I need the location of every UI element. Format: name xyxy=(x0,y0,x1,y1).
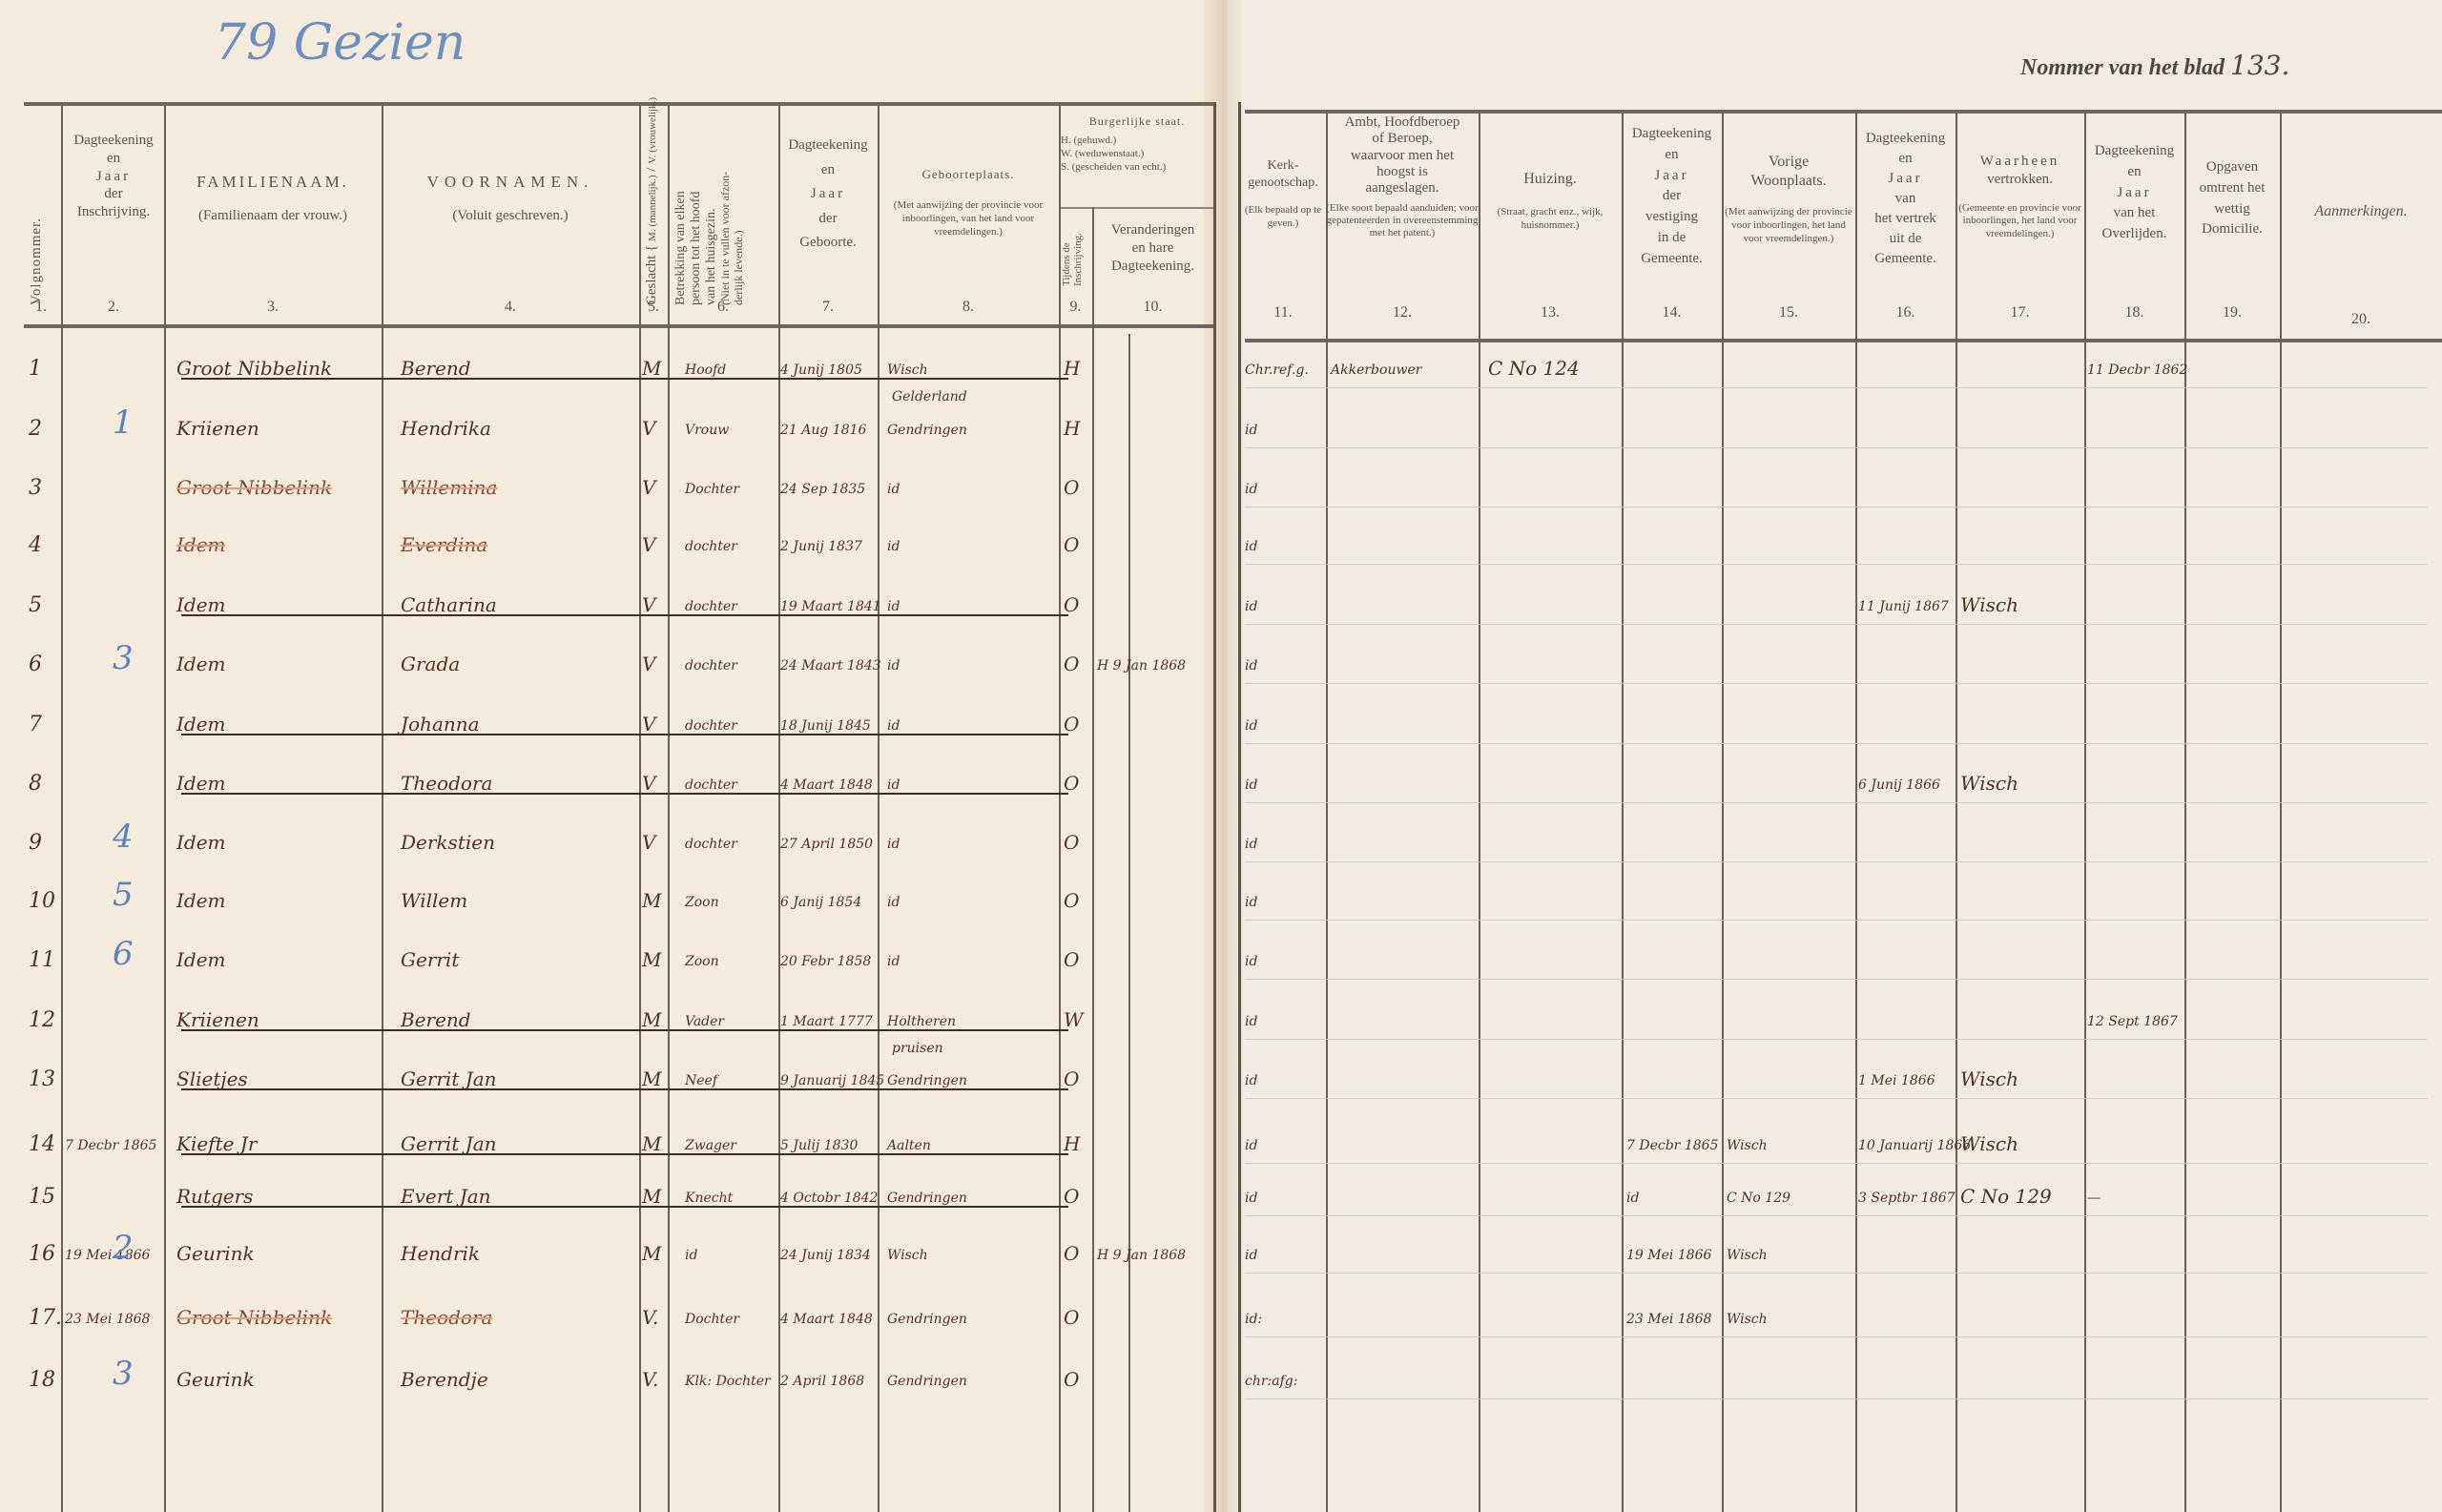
ruled-line xyxy=(1245,387,2428,388)
cell-voornamen: Berend xyxy=(401,357,471,380)
cell-geboorteplaats: Gendringen xyxy=(887,1191,967,1206)
cell-waarheen: C No 129 xyxy=(1960,1185,2052,1208)
cell-vestiging: id xyxy=(1626,1191,1639,1206)
cell-geslacht: M xyxy=(642,1067,661,1090)
cell-geboorte: 9 Januarij 1845 xyxy=(780,1073,884,1088)
cell-geboorte: 4 Junij 1805 xyxy=(780,362,862,378)
strike-through-line xyxy=(181,1153,1068,1155)
cell-geslacht: M xyxy=(642,1185,661,1208)
cell-voornamen: Grada xyxy=(401,652,460,675)
cell-kerk: id xyxy=(1245,954,1257,969)
cell-voornamen: Gerrit Jan xyxy=(401,1132,497,1155)
top-note: 79 Gezien xyxy=(215,14,466,72)
cell-betrekking: Zoon xyxy=(685,895,719,910)
ruled-line xyxy=(1245,564,2428,565)
cell-geboorteplaats: Holtheren xyxy=(887,1014,956,1029)
col-divider xyxy=(1128,334,1130,1512)
cell-voornamen: Evert Jan xyxy=(401,1185,491,1208)
cell-geboorteplaats: id xyxy=(887,837,900,852)
cell-geboorteplaats: id xyxy=(887,777,900,793)
cell-vertrek: 10 Januarij 1866 xyxy=(1858,1138,1971,1153)
cell-geslacht: V xyxy=(642,593,655,616)
cell-kerk: id xyxy=(1245,1014,1257,1029)
cell-no: 6 xyxy=(29,652,42,676)
cell-staat: H xyxy=(1064,1132,1080,1155)
cell-no: 16 xyxy=(29,1242,55,1266)
cell-geslacht: M xyxy=(642,357,661,380)
cell-staat: O xyxy=(1064,889,1079,912)
strike-through-line xyxy=(181,1088,1068,1090)
cell-verand: H 9 Jan 1868 xyxy=(1097,658,1186,673)
cell-betrekking: id xyxy=(685,1248,697,1263)
col19-header: Opgavenomtrent hetwettigDomicilie. xyxy=(2184,157,2280,240)
cell-kerk: id xyxy=(1245,718,1257,734)
col-num-12: 12. xyxy=(1326,303,1479,322)
cell-familienaam: Slietjes xyxy=(176,1067,248,1090)
cell-geboorte: 4 Maart 1848 xyxy=(780,777,873,793)
cell-kerk: id xyxy=(1245,482,1257,497)
col18-header: DagteekeningenJaarvan hetOverlijden. xyxy=(2084,141,2184,245)
cell-geboorte: 24 Junij 1834 xyxy=(780,1248,871,1263)
sheet-number-label: Nommer van het blad 133. xyxy=(2020,50,2289,81)
cell-kerk: id xyxy=(1245,1138,1257,1153)
cell-voornamen: Berendje xyxy=(401,1368,488,1391)
cell-geboorteplaats: id xyxy=(887,954,900,969)
cell-geboorteplaats: id xyxy=(887,599,900,614)
strike-through-line xyxy=(181,614,1068,616)
cell-vorige: Wisch xyxy=(1727,1312,1768,1327)
blue-pencil-number: 3 xyxy=(113,1355,134,1393)
cell-geslacht: M xyxy=(642,1008,661,1031)
cell-no: 7 xyxy=(29,713,42,736)
cell-geslacht: V. xyxy=(642,1368,658,1391)
cell-geslacht: M xyxy=(642,1242,661,1265)
cell-familienaam: Geurink xyxy=(176,1368,255,1391)
cell-geboorte: 4 Maart 1848 xyxy=(780,1312,873,1327)
cell-geboorte: 21 Aug 1816 xyxy=(780,423,866,438)
cell-geboorte: 2 Junij 1837 xyxy=(780,539,862,554)
cell-staat: H xyxy=(1064,357,1080,380)
cell-betrekking: Knecht xyxy=(685,1191,733,1206)
cell-geslacht: V xyxy=(642,533,655,556)
cell-vestiging: 7 Decbr 1865 xyxy=(1626,1138,1718,1153)
cell-waarheen: Wisch xyxy=(1960,772,2018,795)
cell-voornamen: Hendrika xyxy=(401,417,491,440)
cell-inschr: 23 Mei 1868 xyxy=(65,1312,150,1327)
cell-kerk: Chr.ref.g. xyxy=(1245,362,1309,378)
cell-overlijden: 11 Decbr 1862 xyxy=(2087,362,2187,378)
cell-no: 1 xyxy=(29,357,42,381)
cell-geboorteplaats: Gendringen xyxy=(887,1312,967,1327)
cell-familienaam: Idem xyxy=(176,831,226,854)
cell-staat: H xyxy=(1064,417,1080,440)
cell-geboorte: 19 Maart 1841 xyxy=(780,599,881,614)
col13-header: Huizing. (Straat, gracht enz., wijk, hui… xyxy=(1479,170,1622,233)
col14-header: DagteekeningenJaardervestigingin deGemee… xyxy=(1622,124,1722,269)
cell-voornamen: Berend xyxy=(401,1008,471,1031)
cell-geslacht: V xyxy=(642,652,655,675)
cell-staat: O xyxy=(1064,1067,1079,1090)
cell-staat: O xyxy=(1064,831,1079,854)
cell-betrekking: dochter xyxy=(685,837,737,852)
col-num-19: 19. xyxy=(2184,303,2280,322)
ruled-line xyxy=(1245,1273,2428,1274)
ruled-line xyxy=(1245,683,2428,684)
cell-betrekking: Dochter xyxy=(685,482,739,497)
cell-familienaam: Idem xyxy=(176,652,226,675)
cell-betrekking: Zwager xyxy=(685,1138,736,1153)
col20-header: Aanmerkingen. xyxy=(2280,202,2442,221)
cell-betrekking: dochter xyxy=(685,718,737,734)
ruled-line xyxy=(1245,920,2428,921)
col5-header: Geslacht { M. (mannelijk.) / V. (vrouwel… xyxy=(644,97,660,305)
cell-geboorte: 20 Febr 1858 xyxy=(780,954,871,969)
cell-no: 4 xyxy=(29,533,42,557)
strike-through-line xyxy=(181,734,1068,735)
cell-geboorteplaats-line2: pruisen xyxy=(892,1041,943,1056)
cell-verand: H 9 Jan 1868 xyxy=(1097,1248,1186,1263)
cell-no: 14 xyxy=(29,1132,55,1156)
blue-pencil-number: 6 xyxy=(113,935,134,973)
col12-header: Ambt, Hoofdberoepof Beroep,waarvoor men … xyxy=(1326,114,1479,238)
header-bottom-rule-right xyxy=(1245,339,2442,342)
cell-overlijden: — xyxy=(2087,1191,2101,1206)
col-num-16: 16. xyxy=(1855,303,1956,322)
cell-staat: O xyxy=(1064,1242,1079,1265)
cell-betrekking: Vrouw xyxy=(685,423,729,438)
cell-betrekking: Dochter xyxy=(685,1312,739,1327)
cell-geboorteplaats: Aalten xyxy=(887,1138,931,1153)
col-num-13: 13. xyxy=(1479,303,1622,322)
cell-no: 17. xyxy=(29,1306,62,1330)
col1-header: Volgnommer. xyxy=(29,217,45,305)
cell-betrekking: dochter xyxy=(685,658,737,673)
cell-familienaam: Groot Nibbelink xyxy=(176,357,332,380)
cell-familienaam: Idem xyxy=(176,889,226,912)
cell-staat: O xyxy=(1064,772,1079,795)
cell-staat: O xyxy=(1064,1185,1079,1208)
ruled-line xyxy=(1245,447,2428,448)
cell-familienaam: Kriienen xyxy=(176,1008,259,1031)
cell-kerk: chr:afg: xyxy=(1245,1374,1297,1389)
cell-voornamen: Johanna xyxy=(401,713,480,735)
cell-betrekking: Zoon xyxy=(685,954,719,969)
strike-through-line xyxy=(181,1206,1068,1208)
cell-familienaam: Geurink xyxy=(176,1242,255,1265)
burgerlijke-staat-header: Burgerlijke staat. H. (gehuwd.) W. (wedu… xyxy=(1061,114,1213,174)
cell-kerk: id xyxy=(1245,599,1257,614)
cell-voornamen: Theodora xyxy=(401,772,492,795)
cell-waarheen: Wisch xyxy=(1960,593,2018,616)
col-num-9: 9. xyxy=(1059,298,1092,317)
cell-familienaam: Idem xyxy=(176,533,226,556)
burgerlijke-staat-divider xyxy=(1059,207,1216,209)
col-num-10: 10. xyxy=(1092,298,1213,317)
cell-geboorte: 2 April 1868 xyxy=(780,1374,864,1389)
col-num-2: 2. xyxy=(63,298,164,317)
blue-pencil-number: 5 xyxy=(113,876,134,914)
cell-staat: O xyxy=(1064,1306,1079,1329)
col10-header: Veranderingenen hareDagteekening. xyxy=(1092,221,1213,275)
cell-familienaam: Groot Nibbelink xyxy=(176,1306,332,1329)
col-num-4: 4. xyxy=(382,298,639,317)
blue-pencil-number: 4 xyxy=(113,818,134,856)
cell-geboorte: 24 Maart 1843 xyxy=(780,658,881,673)
page-edge-left xyxy=(1213,102,1216,1512)
cell-voornamen: Willemina xyxy=(401,476,497,499)
ruled-line xyxy=(1245,802,2428,803)
col3-header: FAMILIENAAM. (Familienaam der vrouw.) xyxy=(164,172,382,225)
cell-no: 12 xyxy=(29,1008,55,1032)
cell-geslacht: M xyxy=(642,889,661,912)
cell-no: 2 xyxy=(29,417,42,441)
col-num-3: 3. xyxy=(164,298,382,317)
header-top-rule-right xyxy=(1245,110,2442,114)
cell-geboorte: 24 Sep 1835 xyxy=(780,482,865,497)
cell-betrekking: Klk: Dochter xyxy=(685,1374,771,1389)
ruled-line xyxy=(1245,1398,2428,1399)
col-num-8: 8. xyxy=(878,298,1059,317)
cell-voornamen: Everdina xyxy=(401,533,487,556)
cell-familienaam: Rutgers xyxy=(176,1185,253,1208)
cell-kerk: id xyxy=(1245,837,1257,852)
cell-inschr: 19 Mei 1866 xyxy=(65,1248,150,1263)
col-num-5: 5. xyxy=(639,298,668,317)
cell-no: 5 xyxy=(29,593,42,617)
ruled-line xyxy=(1245,1215,2428,1216)
col7-header: DagteekeningenJaarderGeboorte. xyxy=(778,134,878,256)
cell-voornamen: Derkstien xyxy=(401,831,495,854)
cell-betrekking: Neef xyxy=(685,1073,717,1088)
cell-geboorteplaats: Gendringen xyxy=(887,1374,967,1389)
cell-no: 3 xyxy=(29,476,42,500)
cell-geboorte: 5 Julij 1830 xyxy=(780,1138,858,1153)
cell-staat: O xyxy=(1064,593,1079,616)
ruled-line xyxy=(1245,624,2428,625)
cell-geslacht: M xyxy=(642,1132,661,1155)
cell-waarheen: Wisch xyxy=(1960,1067,2018,1090)
cell-staat: O xyxy=(1064,1368,1079,1391)
cell-voornamen: Willem xyxy=(401,889,467,912)
cell-geboorte: 27 April 1850 xyxy=(780,837,873,852)
col17-header: Waarheenvertrokken. (Gemeente en provinc… xyxy=(1956,153,2084,241)
strike-through-line xyxy=(181,378,1068,380)
cell-geslacht: V xyxy=(642,713,655,735)
cell-geboorteplaats: Gendringen xyxy=(887,1073,967,1088)
cell-voornamen: Hendrik xyxy=(401,1242,480,1265)
cell-no: 9 xyxy=(29,831,42,855)
cell-betrekking: Vader xyxy=(685,1014,724,1029)
cell-no: 15 xyxy=(29,1185,55,1209)
ruled-line xyxy=(1245,1163,2428,1164)
cell-geboorte: 6 Janij 1854 xyxy=(780,895,861,910)
cell-geboorte: 4 Octobr 1842 xyxy=(780,1191,878,1206)
col4-header: VOORNAMEN. (Voluit geschreven.) xyxy=(382,172,639,225)
cell-kerk: id xyxy=(1245,777,1257,793)
cell-kerk: id xyxy=(1245,658,1257,673)
ruled-line xyxy=(1245,507,2428,507)
cell-kerk: id: xyxy=(1245,1312,1262,1327)
cell-familienaam: Kriienen xyxy=(176,417,259,440)
cell-geboorteplaats: Wisch xyxy=(887,1248,928,1263)
cell-geboorteplaats: id xyxy=(887,895,900,910)
cell-geboorteplaats: id xyxy=(887,539,900,554)
col8-header: Geboorteplaats. (Met aanwijzing der prov… xyxy=(878,167,1059,239)
cell-geboorteplaats: id xyxy=(887,658,900,673)
cell-vorige: C No 129 xyxy=(1727,1191,1790,1206)
cell-staat: W xyxy=(1064,1008,1084,1031)
sheet-label-text: Nommer van het blad xyxy=(2020,55,2225,80)
cell-vorige: Wisch xyxy=(1727,1248,1768,1263)
cell-kerk: id xyxy=(1245,423,1257,438)
cell-geboorteplaats: Wisch xyxy=(887,362,928,378)
cell-vertrek: 3 Septbr 1867 xyxy=(1858,1191,1956,1206)
cell-voornamen: Theodora xyxy=(401,1306,492,1329)
cell-vestiging: 19 Mei 1866 xyxy=(1626,1248,1711,1263)
col16-header: DagteekeningenJaarvanhet vertrekuit deGe… xyxy=(1855,129,1956,269)
blue-pencil-number: 1 xyxy=(113,404,134,442)
cell-geslacht: V. xyxy=(642,1306,658,1329)
cell-vestiging: 23 Mei 1868 xyxy=(1626,1312,1711,1327)
cell-voornamen: Gerrit xyxy=(401,948,459,971)
header-top-rule-left xyxy=(24,102,1216,106)
sheet-number-value: 133. xyxy=(2230,50,2289,81)
col-num-15: 15. xyxy=(1722,303,1855,322)
col-num-1: 1. xyxy=(27,298,55,317)
col-num-7: 7. xyxy=(778,298,878,317)
cell-geslacht: V xyxy=(642,476,655,499)
ruled-line xyxy=(1245,1098,2428,1099)
cell-geboorteplaats: Gendringen xyxy=(887,423,967,438)
cell-no: 18 xyxy=(29,1368,55,1392)
cell-waarheen: Wisch xyxy=(1960,1132,2018,1155)
col-num-20: 20. xyxy=(2280,310,2442,329)
cell-betrekking: dochter xyxy=(685,777,737,793)
col-divider xyxy=(1092,207,1094,1512)
cell-geboorteplaats: id xyxy=(887,482,900,497)
col-num-6: 6. xyxy=(668,298,778,317)
col15-header: VorigeWoonplaats. (Met aanwijzing der pr… xyxy=(1722,153,1855,245)
col-num-18: 18. xyxy=(2084,303,2184,322)
blue-pencil-number: 2 xyxy=(113,1229,134,1267)
cell-betrekking: dochter xyxy=(685,539,737,554)
cell-beroep: Akkerbouwer xyxy=(1331,362,1421,378)
ruled-line xyxy=(1245,861,2428,862)
cell-geslacht: V xyxy=(642,417,655,440)
cell-familienaam: Groot Nibbelink xyxy=(176,476,332,499)
cell-kerk: id xyxy=(1245,895,1257,910)
cell-overlijden: 12 Sept 1867 xyxy=(2087,1014,2178,1029)
cell-familienaam: Idem xyxy=(176,713,226,735)
cell-vorige: Wisch xyxy=(1727,1138,1768,1153)
ruled-line xyxy=(1245,1336,2428,1337)
cell-no: 13 xyxy=(29,1067,55,1091)
cell-kerk: id xyxy=(1245,539,1257,554)
cell-kerk: id xyxy=(1245,1248,1257,1263)
cell-no: 10 xyxy=(29,889,55,913)
cell-familienaam: Kiefte Jr xyxy=(176,1132,257,1155)
cell-staat: O xyxy=(1064,713,1079,735)
cell-geboorteplaats-line2: Gelderland xyxy=(892,389,967,404)
header-bottom-rule-left xyxy=(24,324,1216,328)
cell-betrekking: Hoofd xyxy=(685,362,726,378)
cell-geslacht: V xyxy=(642,831,655,854)
cell-voornamen: Catharina xyxy=(401,593,497,616)
col9-header: Tijdens deInschrijving. xyxy=(1061,233,1084,286)
col6-header: Betrekking van elkenpersoon tot het hoof… xyxy=(673,172,746,305)
cell-vertrek: 11 Junij 1867 xyxy=(1858,599,1949,614)
cell-voornamen: Gerrit Jan xyxy=(401,1067,497,1090)
cell-staat: O xyxy=(1064,533,1079,556)
col11-header: Kerk-genootschap. (Elk bepaald op te gev… xyxy=(1240,157,1326,231)
strike-through-line xyxy=(181,1029,1068,1031)
cell-inschr: 7 Decbr 1865 xyxy=(65,1138,156,1153)
cell-betrekking: dochter xyxy=(685,599,737,614)
cell-geslacht: V xyxy=(642,772,655,795)
cell-no: 8 xyxy=(29,772,42,796)
cell-kerk: id xyxy=(1245,1073,1257,1088)
cell-familienaam: Idem xyxy=(176,948,226,971)
cell-huizing: C No 124 xyxy=(1488,357,1580,380)
cell-geboorte: 1 Maart 1777 xyxy=(780,1014,873,1029)
cell-vertrek: 1 Mei 1866 xyxy=(1858,1073,1935,1088)
strike-through-line xyxy=(181,793,1068,795)
cell-vertrek: 6 Junij 1866 xyxy=(1858,777,1940,793)
cell-staat: O xyxy=(1064,476,1079,499)
ruled-line xyxy=(1245,1039,2428,1040)
col2-header: DagteekeningenJaarderInschrijving. xyxy=(63,132,164,221)
cell-geboorteplaats: id xyxy=(887,718,900,734)
cell-staat: O xyxy=(1064,948,1079,971)
blue-pencil-number: 3 xyxy=(113,639,134,677)
cell-familienaam: Idem xyxy=(176,772,226,795)
cell-kerk: id xyxy=(1245,1191,1257,1206)
col-num-14: 14. xyxy=(1622,303,1722,322)
ruled-line xyxy=(1245,743,2428,744)
col-num-11: 11. xyxy=(1240,303,1326,322)
cell-geboorte: 18 Junij 1845 xyxy=(780,718,871,734)
cell-geslacht: M xyxy=(642,948,661,971)
ruled-line xyxy=(1245,979,2428,980)
cell-no: 11 xyxy=(29,948,55,972)
col-num-17: 17. xyxy=(1956,303,2084,322)
cell-staat: O xyxy=(1064,652,1079,675)
cell-familienaam: Idem xyxy=(176,593,226,616)
